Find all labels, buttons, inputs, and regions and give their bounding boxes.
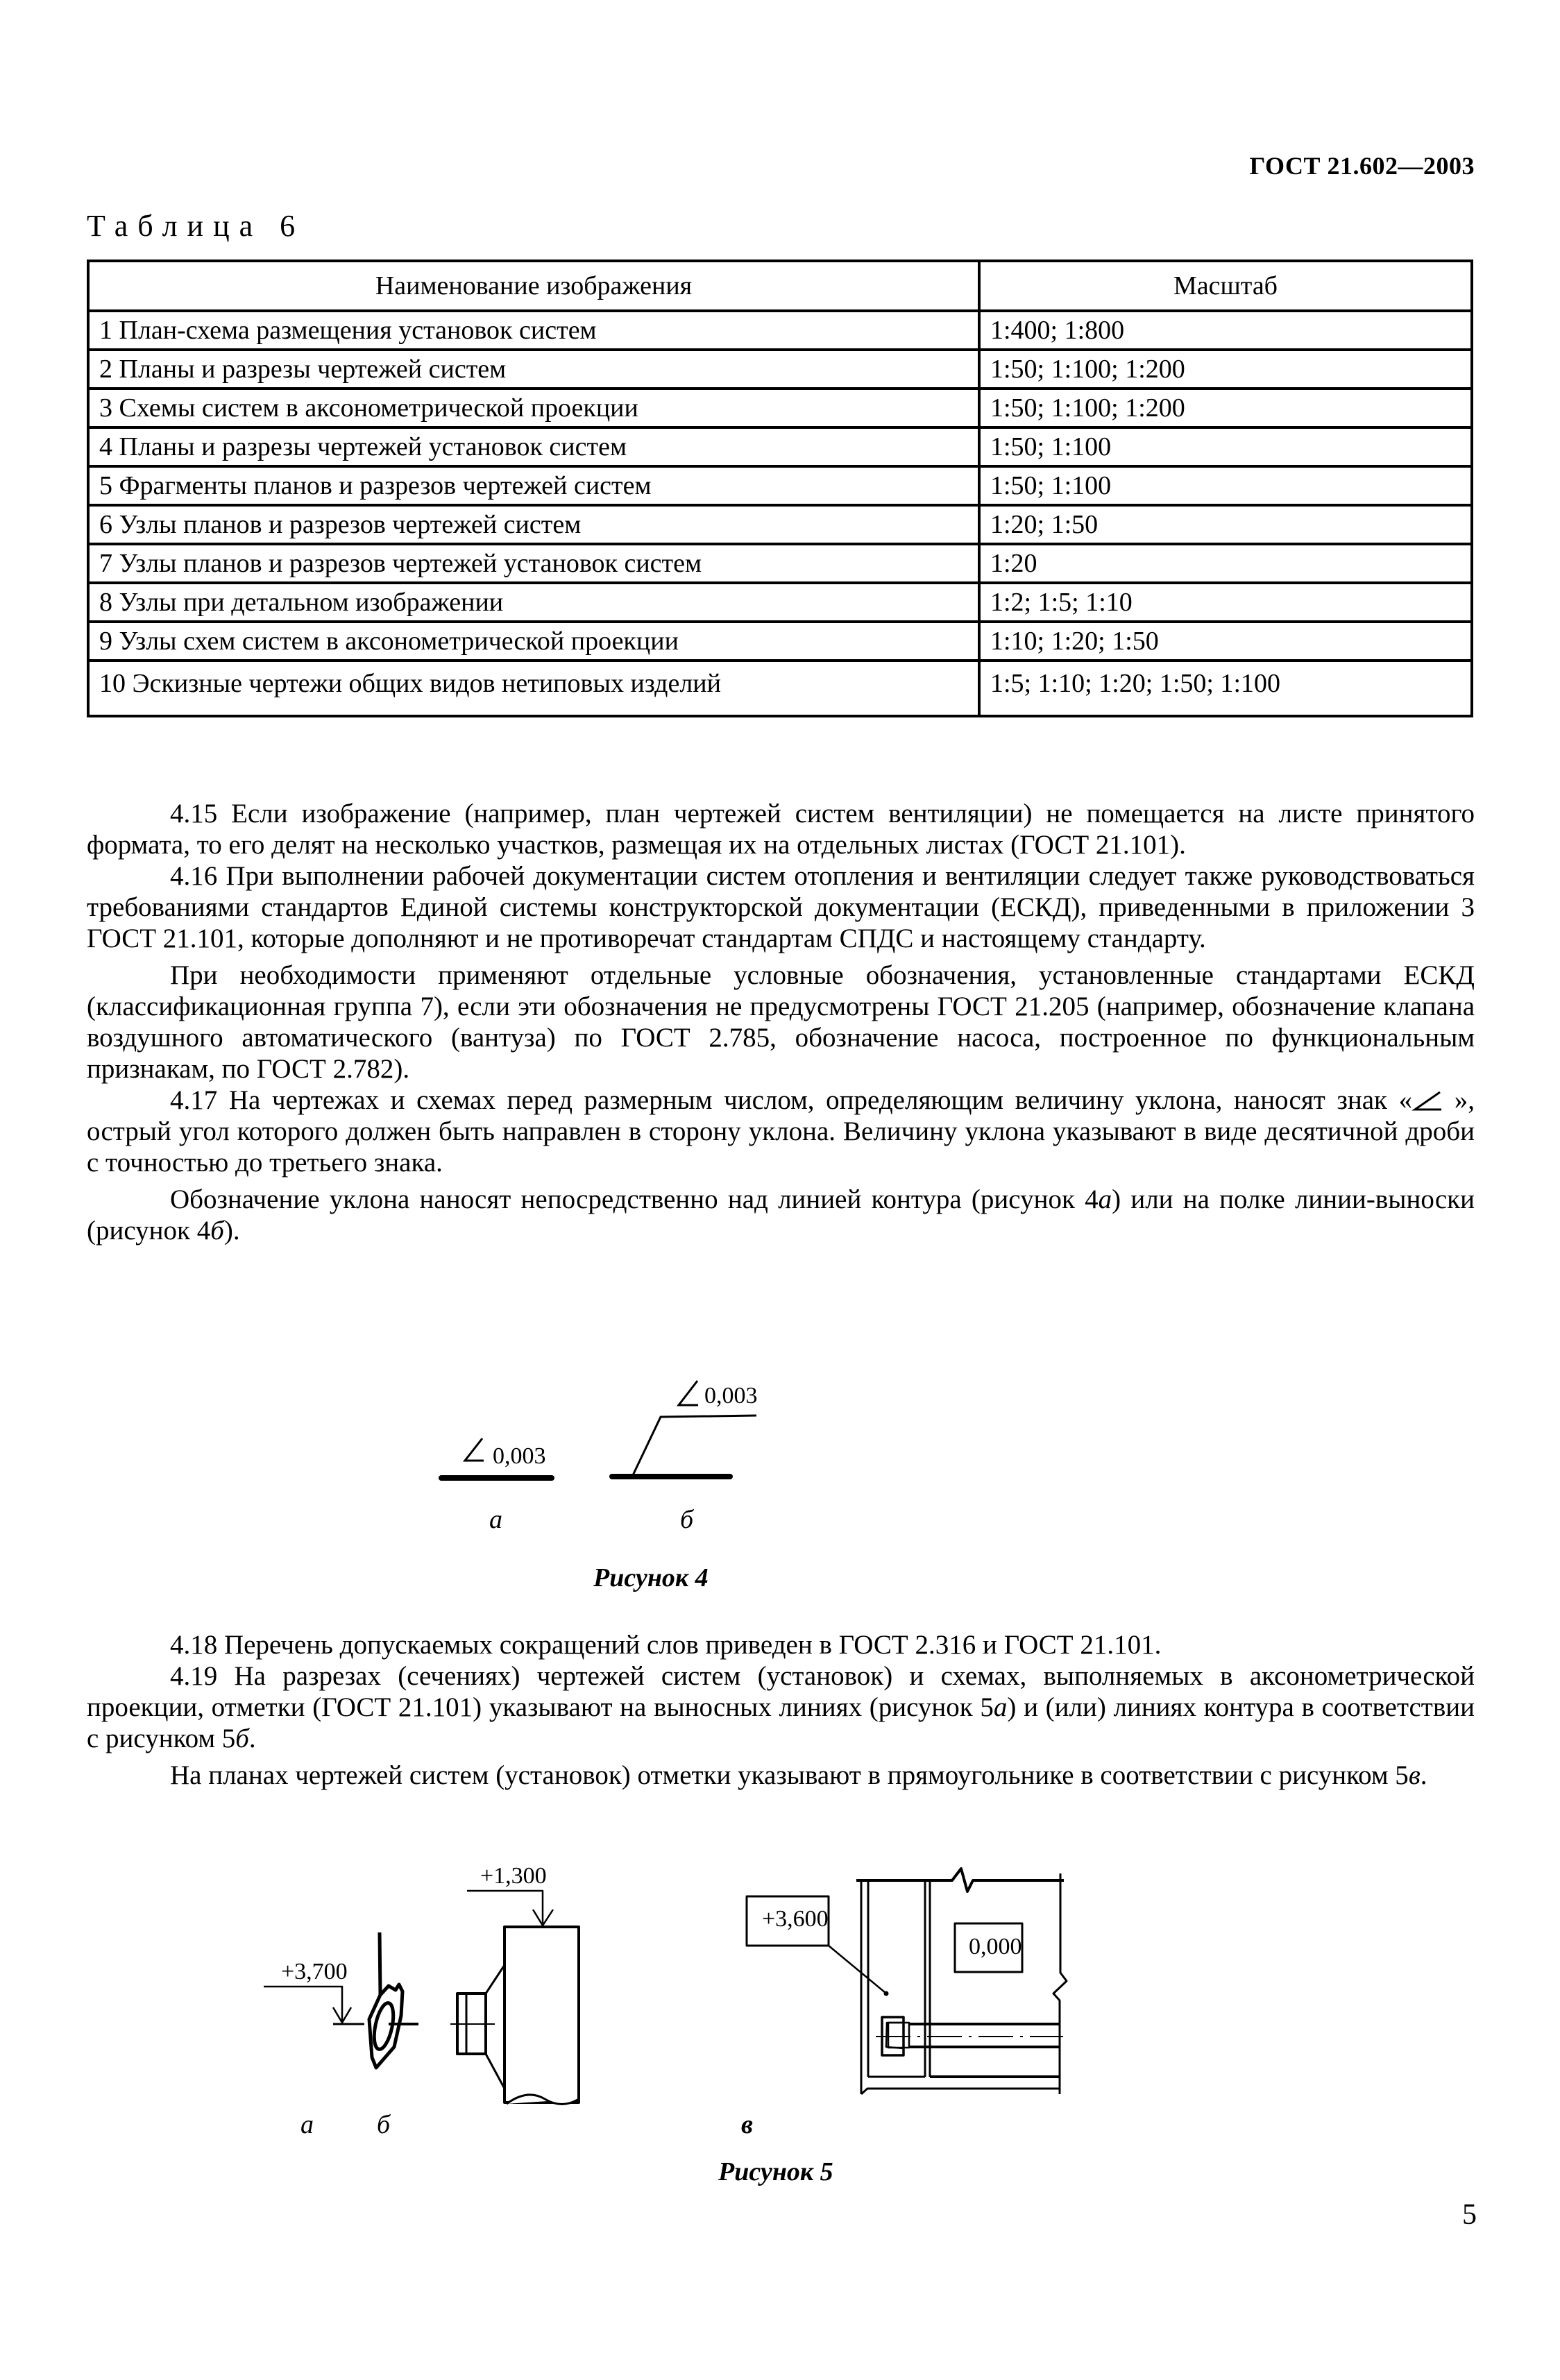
- cell-scale: 1:20; 1:50: [979, 505, 1472, 544]
- table-row: 10 Эскизные чертежи общих видов нетиповы…: [88, 661, 1472, 716]
- fig5c-label: в: [741, 2109, 753, 2140]
- cell-image-name: 6 Узлы планов и разрезов чертежей систем: [88, 505, 979, 544]
- cell-scale: 1:400; 1:800: [979, 311, 1472, 350]
- table-row: 8 Узлы при детальном изображении1:2; 1:5…: [88, 583, 1472, 622]
- cell-image-name: 5 Фрагменты планов и разрезов чертежей с…: [88, 466, 979, 505]
- fig5b-label: б: [377, 2109, 390, 2140]
- table-row: 7 Узлы планов и разрезов чертежей устано…: [88, 544, 1472, 583]
- paragraph-4-16: 4.16 При выполнении рабочей документации…: [87, 860, 1475, 954]
- text-span: .: [1421, 1760, 1427, 1790]
- fig5b-elevation: +1,300: [480, 1863, 547, 1889]
- column-header-image-name: Наименование изображения: [88, 261, 979, 311]
- text-span: На планах чертежей систем (установок) от…: [170, 1760, 1409, 1790]
- cell-scale: 1:50; 1:100; 1:200: [979, 350, 1472, 389]
- paragraph-4-15: 4.15 Если изображение (например, план че…: [87, 798, 1475, 860]
- text-span: .: [249, 1724, 256, 1753]
- text-span: а: [994, 1692, 1008, 1722]
- cell-scale: 1:10; 1:20; 1:50: [979, 622, 1472, 661]
- table-row: 5 Фрагменты планов и разрезов чертежей с…: [88, 466, 1472, 505]
- document-code-header: ГОСТ 21.602—2003: [1250, 151, 1475, 180]
- text-span: ).: [224, 1216, 240, 1246]
- paragraph-4-18: 4.18 Перечень допускаемых сокращений сло…: [87, 1629, 1475, 1660]
- text-span: б: [235, 1724, 249, 1753]
- cell-scale: 1:20: [979, 544, 1472, 583]
- fig4a-slope-value: 0,003: [493, 1443, 546, 1470]
- cell-image-name: 3 Схемы систем в аксонометрической проек…: [88, 389, 979, 427]
- slope-sign-icon: [1412, 1091, 1443, 1112]
- figure-5-caption: Рисунок 5: [718, 2157, 833, 2187]
- text-span: б: [210, 1216, 224, 1246]
- paragraph-4-17: 4.17 На чертежах и схемах перед размерны…: [87, 1085, 1475, 1178]
- fig5c-floor-box: 0,000: [969, 1934, 1022, 1960]
- text-span: в: [1409, 1760, 1421, 1790]
- body-text-block-2: 4.18 Перечень допускаемых сокращений сло…: [87, 1629, 1475, 1791]
- column-header-scale: Масштаб: [979, 261, 1472, 311]
- cell-scale: 1:50; 1:100: [979, 427, 1472, 466]
- fig5a-elevation: +3,700: [281, 1959, 348, 1985]
- text-span: а: [1099, 1184, 1112, 1214]
- fig5c-elevation-box: +3,600: [762, 1906, 829, 1932]
- text-span: 4.17 На чертежах и схемах перед размерны…: [170, 1085, 1412, 1115]
- cell-image-name: 8 Узлы при детальном изображении: [88, 583, 979, 622]
- fig5a-label: а: [300, 2109, 314, 2140]
- scale-table: Наименование изображения Масштаб 1 План-…: [87, 260, 1473, 717]
- paragraph-4-16-note: При необходимости применяют отдельные ус…: [87, 960, 1475, 1085]
- paragraph-4-17-note: Обозначение уклона наносят непосредствен…: [87, 1184, 1475, 1246]
- page-number: 5: [1462, 2198, 1477, 2232]
- table-row: 2 Планы и разрезы чертежей систем1:50; 1…: [88, 350, 1472, 389]
- cell-image-name: 1 План-схема размещения установок систем: [88, 311, 979, 350]
- cell-image-name: 9 Узлы схем систем в аксонометрической п…: [88, 622, 979, 661]
- cell-scale: 1:50; 1:100; 1:200: [979, 389, 1472, 427]
- table-header-row: Наименование изображения Масштаб: [88, 261, 1472, 311]
- cell-image-name: 2 Планы и разрезы чертежей систем: [88, 350, 979, 389]
- paragraph-4-19: 4.19 На разрезах (сечениях) чертежей сис…: [87, 1660, 1475, 1754]
- body-text-block-1: 4.15 Если изображение (например, план че…: [87, 798, 1475, 1246]
- table-row: 4 Планы и разрезы чертежей установок сис…: [88, 427, 1472, 466]
- fig4a-label: а: [489, 1504, 502, 1535]
- table-row: 1 План-схема размещения установок систем…: [88, 311, 1472, 350]
- fig4b-label: б: [680, 1504, 693, 1535]
- figure-4-caption: Рисунок 4: [593, 1563, 709, 1593]
- paragraph-4-19-note: На планах чертежей систем (установок) от…: [87, 1760, 1475, 1791]
- cell-image-name: 7 Узлы планов и разрезов чертежей устано…: [88, 544, 979, 583]
- cell-scale: 1:5; 1:10; 1:20; 1:50; 1:100: [979, 661, 1472, 716]
- fig4b-slope-value: 0,003: [704, 1383, 758, 1409]
- text-span: Обозначение уклона наносят непосредствен…: [170, 1184, 1099, 1214]
- cell-scale: 1:50; 1:100: [979, 466, 1472, 505]
- table-row: 9 Узлы схем систем в аксонометрической п…: [88, 622, 1472, 661]
- cell-image-name: 10 Эскизные чертежи общих видов нетиповы…: [88, 661, 979, 716]
- cell-image-name: 4 Планы и разрезы чертежей установок сис…: [88, 427, 979, 466]
- table-row: 6 Узлы планов и разрезов чертежей систем…: [88, 505, 1472, 544]
- cell-scale: 1:2; 1:5; 1:10: [979, 583, 1472, 622]
- table-row: 3 Схемы систем в аксонометрической проек…: [88, 389, 1472, 427]
- table-caption: Таблица 6: [87, 208, 305, 244]
